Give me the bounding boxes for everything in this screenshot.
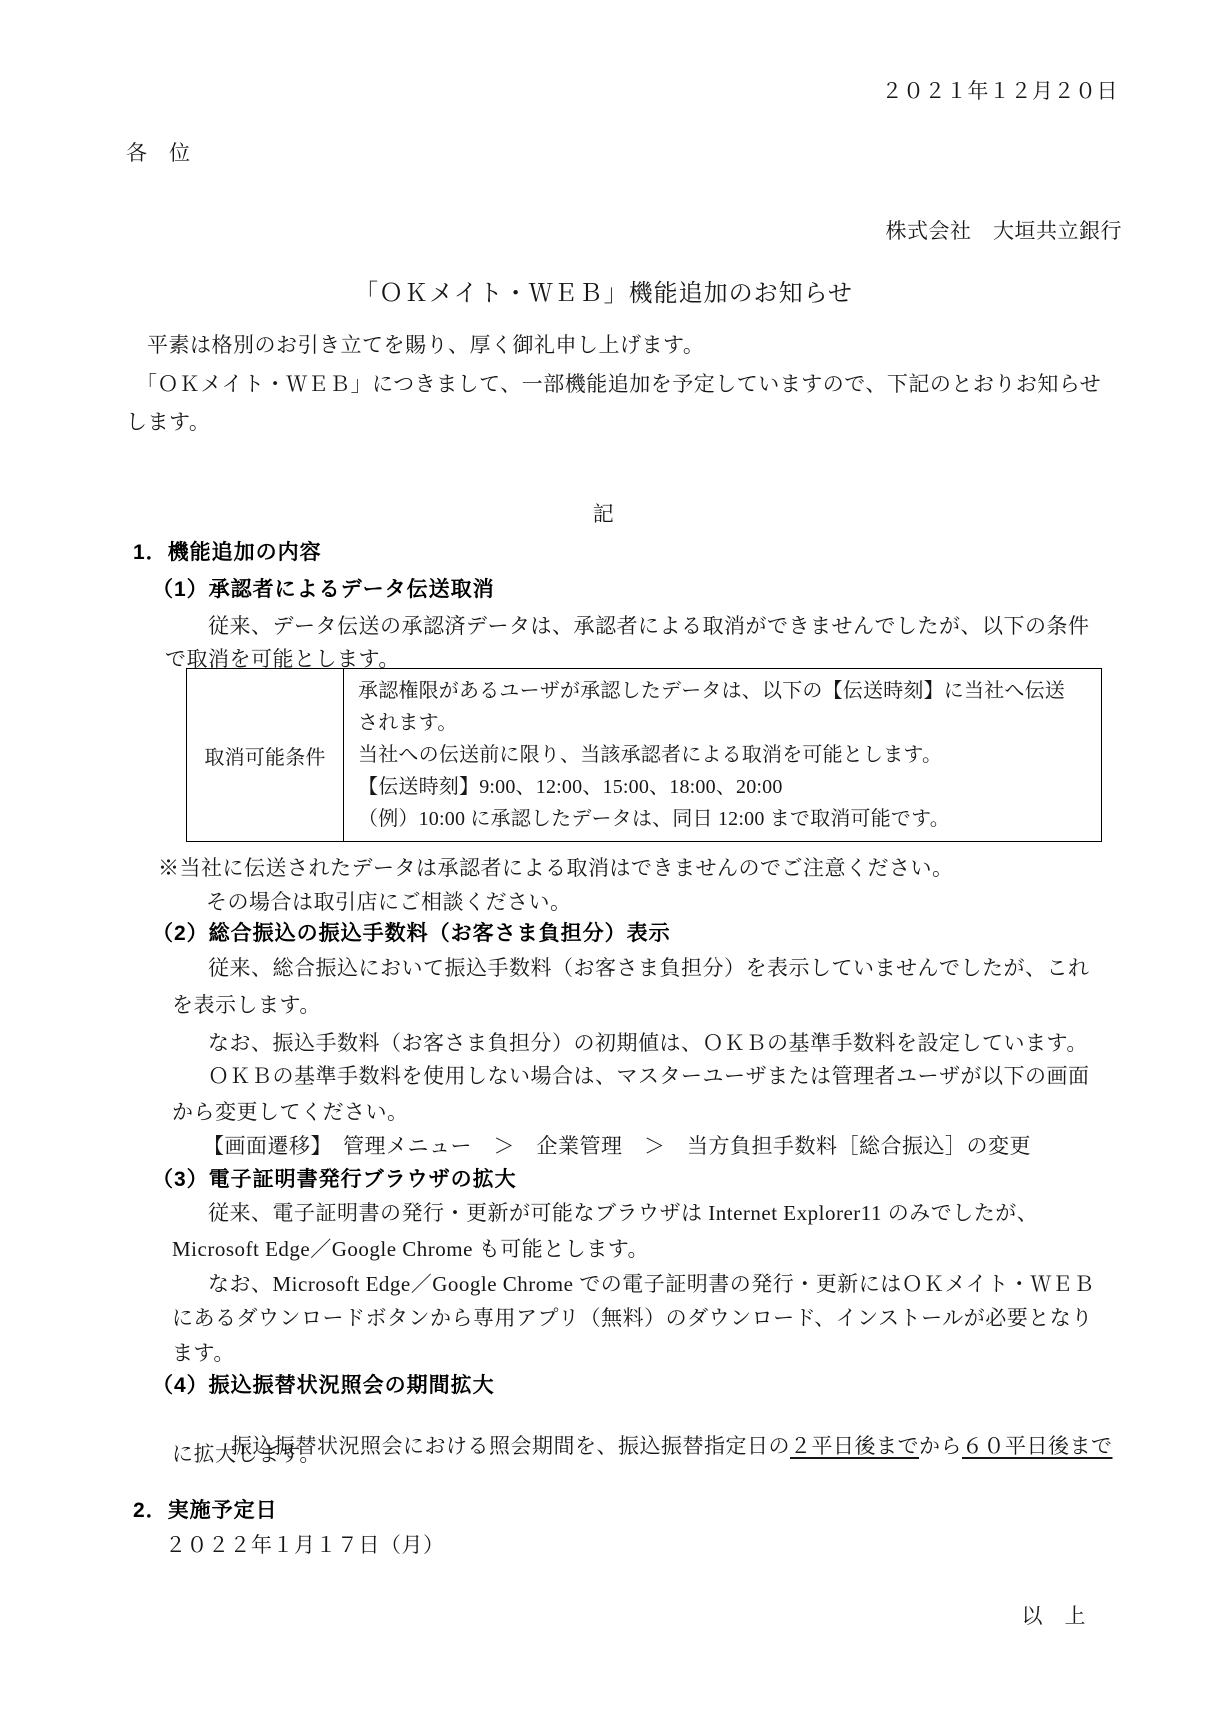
item3-body-1: 従来、電子証明書の発行・更新が可能なブラウザは Internet Explore… — [208, 1200, 1038, 1226]
intro-line-2: 「ＯＫメイト・ＷＥＢ」につきまして、一部機能追加を予定していますので、下記のとお… — [136, 371, 1101, 397]
item1-note-1: ※当社に伝送されたデータは承認者による取消はできませんのでご注意ください。 — [158, 855, 954, 881]
intro-line-3: します。 — [126, 409, 210, 435]
underline-60-business-days: ６０平日後まで — [962, 1434, 1113, 1458]
table-line-4: 【伝送時刻】9:00、12:00、15:00、18:00、20:00 — [358, 771, 1101, 803]
underline-2-business-days: ２平日後まで — [790, 1434, 919, 1458]
item2-heading: （2）総合振込の振込手数料（お客さま負担分）表示 — [152, 921, 671, 947]
item1-note-2: その場合は取引店にご相談ください。 — [206, 889, 572, 915]
closing-mark: 以 上 — [1022, 1603, 1087, 1629]
section2-heading: 2．実施予定日 — [133, 1498, 278, 1524]
document-date: ２０２１年１２月２０日 — [882, 78, 1119, 104]
recipient-line: 各 位 — [126, 140, 191, 166]
item2-body-1: 従来、総合振込において振込手数料（お客さま負担分）を表示していませんでしたが、こ… — [208, 955, 1090, 981]
item2-body-4: ＯＫＢの基準手数料を使用しない場合は、マスターユーザまたは管理者ユーザが以下の画… — [208, 1063, 1090, 1089]
item1-heading: （1）承認者によるデータ伝送取消 — [152, 577, 495, 603]
screen-transition-line: 【画面遷移】 管理メニュー ＞ 企業管理 ＞ 当方負担手数料［総合振込］の変更 — [203, 1133, 1031, 1159]
document-page: ２０２１年１２月２０日 各 位 株式会社 大垣共立銀行 「ＯＫメイト・ＷＥＢ」機… — [0, 0, 1207, 1711]
item4-heading: （4）振込振替状況照会の期間拡大 — [152, 1373, 495, 1399]
item2-body-5: から変更してください。 — [172, 1099, 409, 1125]
table-line-5: （例）10:00 に承認したデータは、同日 12:00 まで取消可能です。 — [358, 803, 1101, 835]
item3-body-3: なお、Microsoft Edge／Google Chrome での電子証明書の… — [208, 1271, 1095, 1297]
table-line-1: 承認権限があるユーザが承認したデータは、以下の【伝送時刻】に当社へ伝送 — [358, 675, 1101, 707]
item4-body-1-normal-2: から — [919, 1434, 962, 1458]
item3-body-2: Microsoft Edge／Google Chrome も可能とします。 — [172, 1236, 649, 1262]
item3-body-5: ます。 — [172, 1340, 235, 1366]
item4-body-1: 振込振替状況照会における照会期間を、振込振替指定日の２平日後までから６０平日後ま… — [208, 1407, 1113, 1485]
cancel-conditions-table: 取消可能条件 承認権限があるユーザが承認したデータは、以下の【伝送時刻】に当社へ… — [186, 668, 1102, 842]
table-line-3: 当社への伝送前に限り、当該承認者による取消を可能とします。 — [358, 739, 1101, 771]
item3-heading: （3）電子証明書発行ブラウザの拡大 — [152, 1167, 517, 1193]
item2-body-2: を表示します。 — [172, 992, 321, 1018]
item4-body-2: に拡大します。 — [172, 1441, 321, 1467]
table-line-2: されます。 — [358, 707, 1101, 739]
table-content-cell: 承認権限があるユーザが承認したデータは、以下の【伝送時刻】に当社へ伝送 されます… — [344, 669, 1101, 841]
table-label-cell: 取消可能条件 — [187, 669, 344, 841]
ki-mark: 記 — [0, 501, 1207, 527]
item1-body-1: 従来、データ伝送の承認済データは、承認者による取消ができませんでしたが、以下の条… — [208, 613, 1090, 639]
implementation-date: ２０２２年１月１７日（月） — [165, 1532, 445, 1558]
item3-body-4: にあるダウンロードボタンから専用アプリ（無料）のダウンロード、インストールが必要… — [172, 1305, 1093, 1331]
item2-body-3: なお、振込手数料（お客さま負担分）の初期値は、ＯＫＢの基準手数料を設定しています… — [208, 1030, 1088, 1056]
section1-heading: 1．機能追加の内容 — [133, 540, 322, 566]
document-title: 「ＯＫメイト・ＷＥＢ」機能追加のお知らせ — [0, 281, 1207, 307]
company-name: 株式会社 大垣共立銀行 — [886, 218, 1123, 244]
intro-line-1: 平素は格別のお引き立てを賜り、厚く御礼申し上げます。 — [147, 332, 704, 358]
